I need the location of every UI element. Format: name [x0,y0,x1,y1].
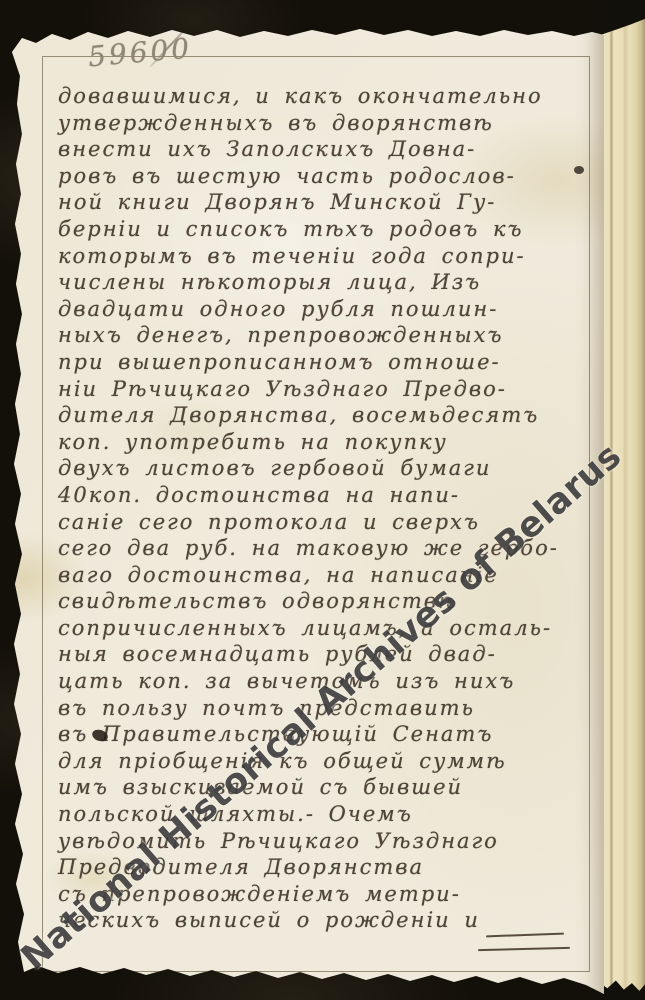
manuscript-line: саніе сего протокола и сверхъ [58,509,588,536]
manuscript-text: довавшимися, и какъ окончательноутвержде… [58,83,588,934]
manuscript-line: сего два руб. на таковую же гербо- [58,535,588,562]
manuscript-line: свидѣтельствъ одворянствѣ [58,588,588,615]
manuscript-line: въ Правительствующій Сенатъ [58,721,588,748]
manuscript-line: внести ихъ Заполскихъ Довна- [58,136,588,163]
manuscript-line: двухъ листовъ гербовой бумаги [58,455,588,482]
manuscript-line: двадцати одного рубля пошлин- [58,296,588,323]
manuscript-line: ной книги Дворянъ Минской Гу- [58,189,588,216]
manuscript-line: Предводителя Дворянства [58,854,588,881]
manuscript-line: увѣдомить Рѣчицкаго Уѣзднаго [58,828,588,855]
manuscript-line: сопричисленныхъ лицамъ, а осталь- [58,615,588,642]
manuscript-line: съ препровожденіемъ метри- [58,881,588,908]
manuscript-line: 40коп. достоинства на напи- [58,482,588,509]
manuscript-line: польской шляхты.- Очемъ [58,801,588,828]
manuscript-line: ческихъ выписей о рожденіи и [58,907,588,934]
manuscript-line: дителя Дворянства, восемьдесятъ [58,402,588,429]
manuscript-page: 59600 довавшимися, и какъ окончательноут… [12,26,604,994]
manuscript-line: утвержденныхъ въ дворянствѣ [58,110,588,137]
archival-scan: 59600 довавшимися, и какъ окончательноут… [0,0,645,1000]
manuscript-line: въ пользу почтъ представить [58,695,588,722]
manuscript-line: ваго достоинства, на написаніе [58,562,588,589]
book-edge-pages [598,0,645,1000]
manuscript-line: для пріобщенія къ общей суммѣ [58,748,588,775]
manuscript-line: ніи Рѣчицкаго Уѣзднаго Предво- [58,376,588,403]
ink-blot [574,166,584,174]
manuscript-line: ныхъ денегъ, препровожденныхъ [58,322,588,349]
manuscript-line: довавшимися, и какъ окончательно [58,83,588,110]
manuscript-line: цать коп. за вычетомъ изъ нихъ [58,668,588,695]
manuscript-line: коп. употребить на покупку [58,429,588,456]
manuscript-line: ровъ въ шестую часть родослов- [58,163,588,190]
manuscript-line: имъ взыскиваемой съ бывшей [58,774,588,801]
manuscript-line: при вышепрописанномъ отноше- [58,349,588,376]
manuscript-line: которымъ въ теченіи года сопри- [58,243,588,270]
manuscript-line: ныя восемнадцать рублей двад- [58,641,588,668]
manuscript-line: числены нѣкоторыя лица, Изъ [58,269,588,296]
manuscript-line: берніи и списокъ тѣхъ родовъ къ [58,216,588,243]
